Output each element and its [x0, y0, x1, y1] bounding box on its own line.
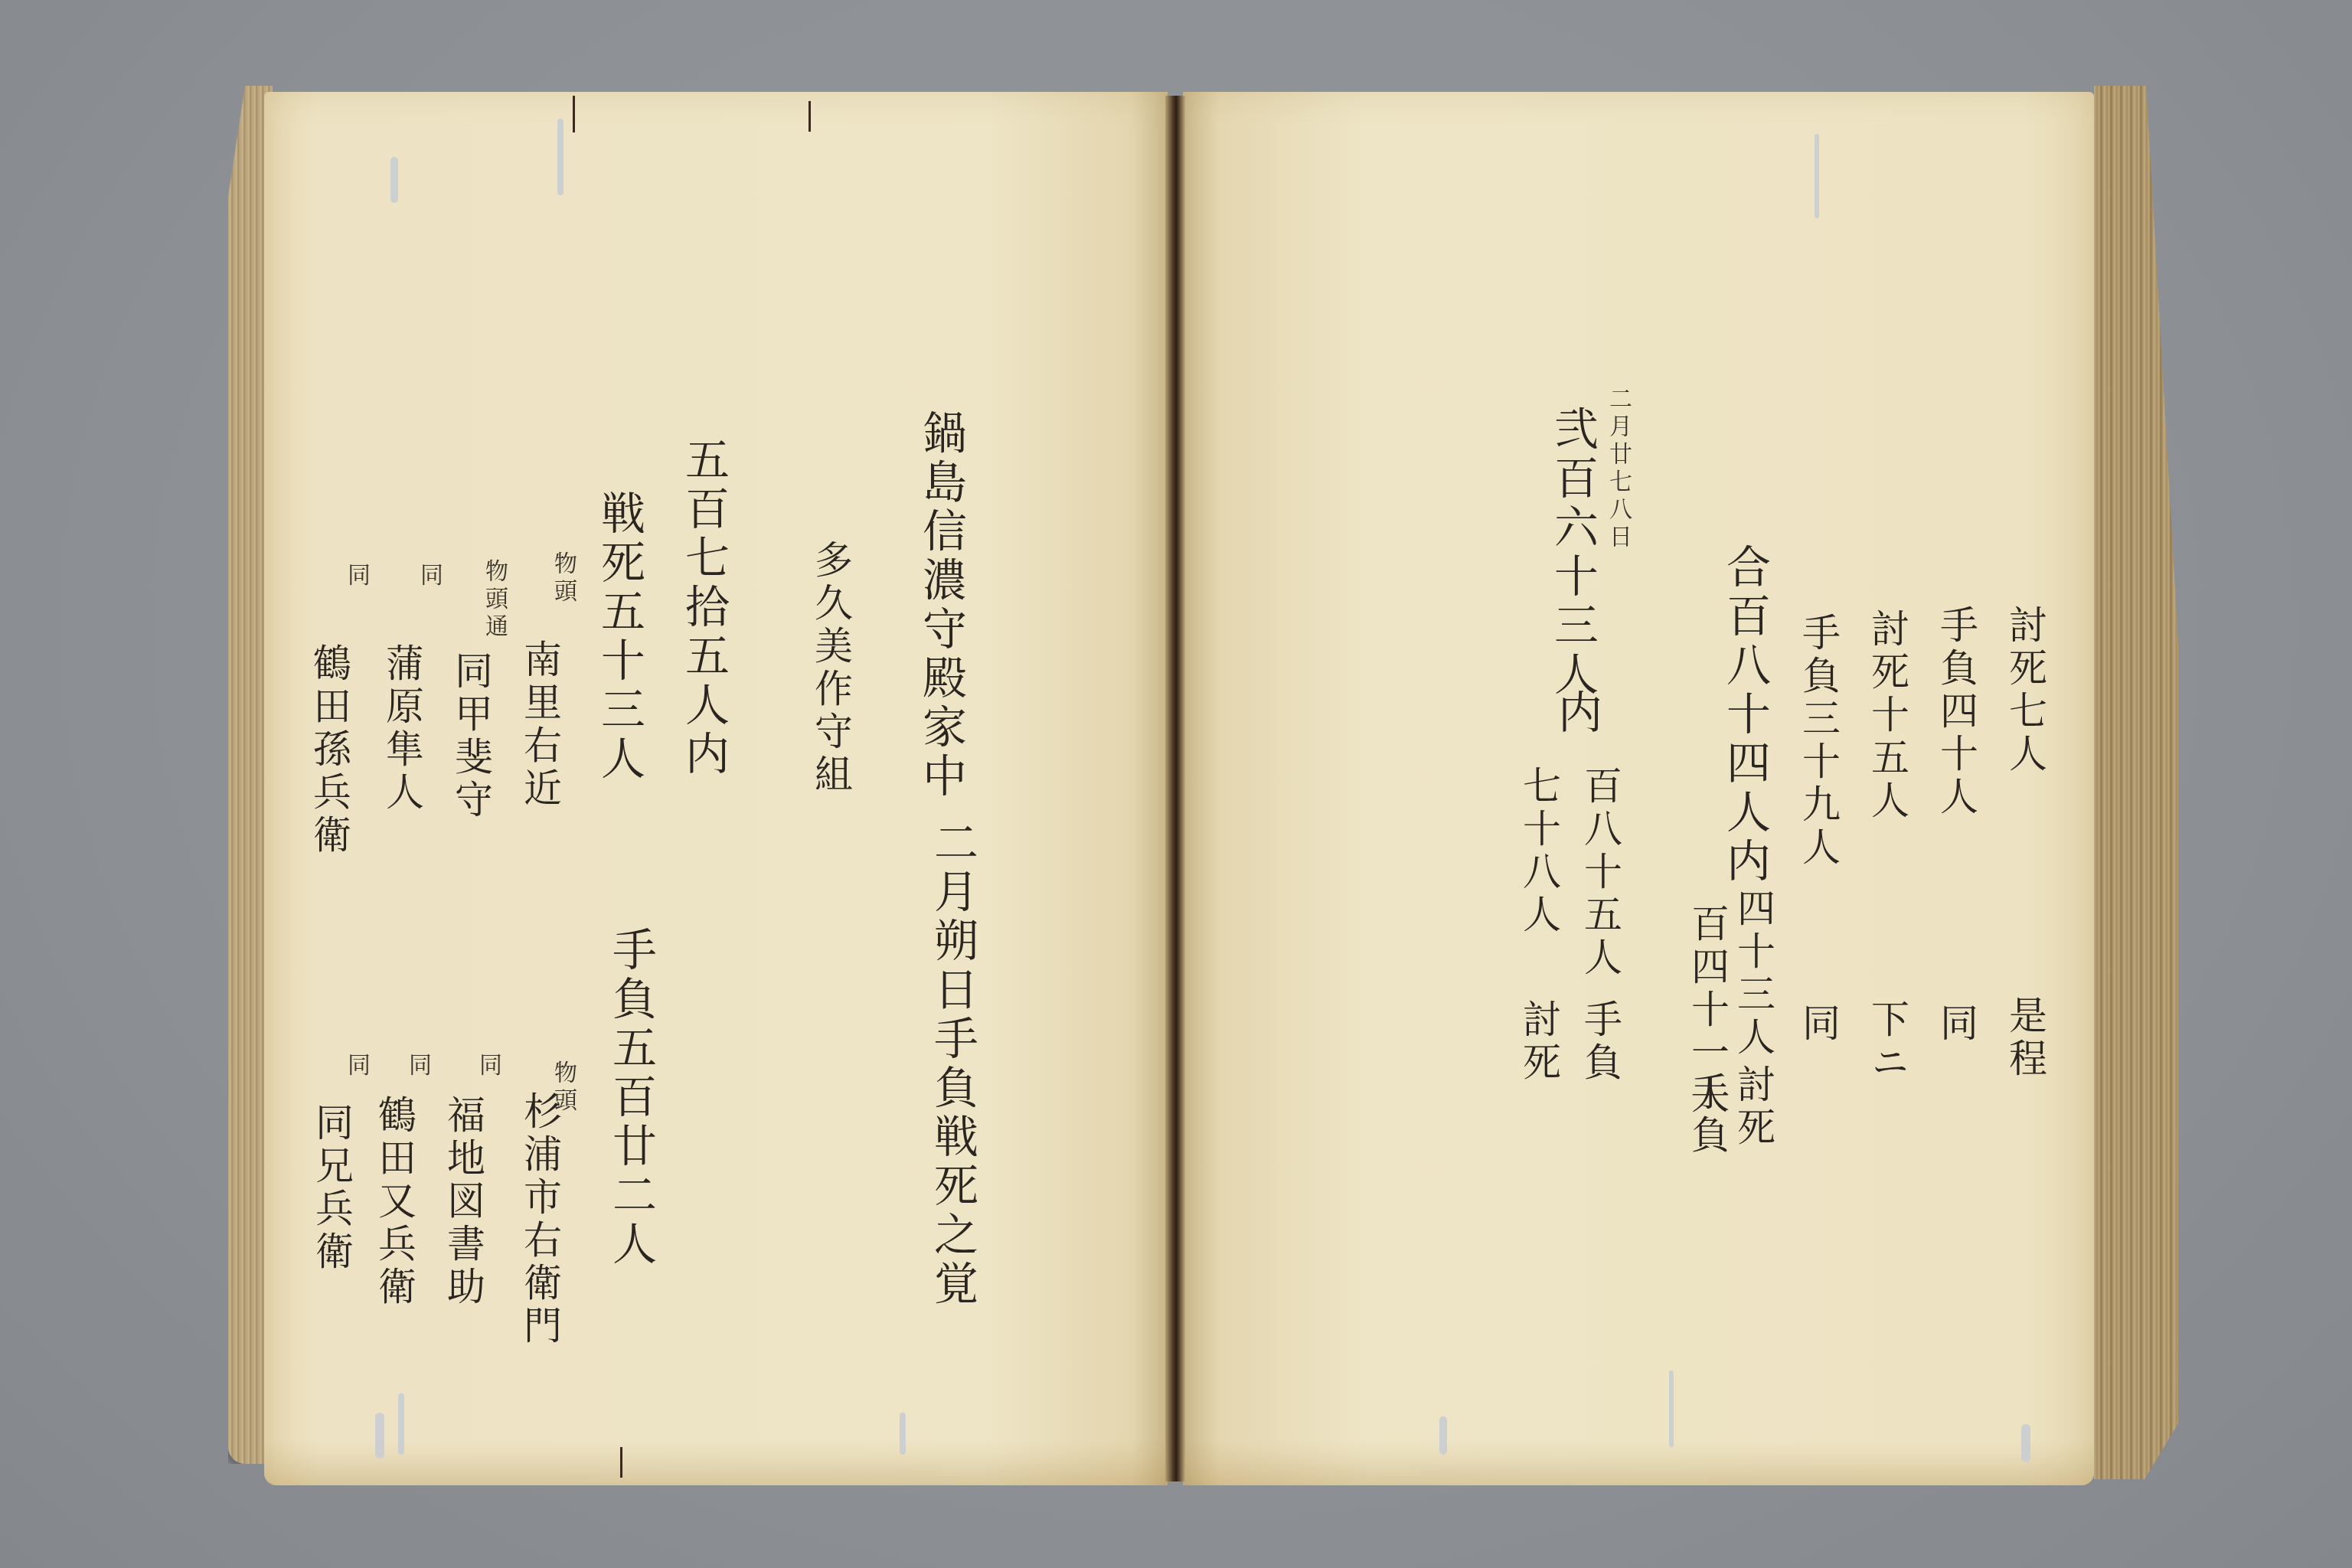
tally-note: 手負 [1688, 1072, 1726, 1158]
killed-column: 戦死五十三人 [597, 490, 642, 784]
name-label: 同 [406, 1053, 429, 1080]
paper-tear [900, 1413, 906, 1455]
heading-column: 鍋島信濃守殿家中 [919, 410, 963, 802]
name-label: 同 [417, 563, 440, 590]
total-column: 弐百六十三人 [1550, 406, 1595, 700]
paper-crack [573, 96, 575, 132]
tally-column: 七十八人 [1520, 766, 1558, 937]
name-entry: 鶴田孫兵衛 [310, 643, 348, 857]
name-entry: 南里右近 [521, 639, 559, 811]
total-column: 合百八十四人内 [1723, 544, 1767, 887]
tally-column: 手負四十人 [1937, 605, 1975, 819]
paper-tear [1439, 1416, 1447, 1455]
paper-tear [2021, 1424, 2030, 1462]
name-entry: 同甲斐守 [452, 651, 490, 822]
name-label: 物頭 [551, 551, 574, 606]
heading-column-cont: 二月朔日手負戦死之覚 [930, 819, 975, 1309]
folio-mark [808, 101, 811, 132]
tally-column: 四十三人 [1734, 888, 1772, 1060]
paper-tear [557, 119, 563, 195]
tally-note: 是程 [2006, 995, 2044, 1081]
tally-note: 下ニ [1868, 999, 1906, 1085]
tally-note: 同 [1937, 1003, 1975, 1046]
tally-column: 百八十五人 [1581, 766, 1619, 980]
tally-note: 討死 [1520, 999, 1558, 1085]
name-entry: 福地図書助 [444, 1095, 482, 1309]
wounded-column: 手負五百廿二人 [609, 926, 653, 1269]
paper-tear [390, 157, 398, 203]
tally-column: 討死七人 [2006, 605, 2044, 776]
open-book: 鍋島信濃守殿家中 二月朔日手負戦死之覚 多久美作守組 五百七拾五人内 戦死五十三… [0, 0, 2352, 1568]
total-column: 五百七拾五人内 [681, 436, 726, 779]
tally-column: 手負三十九人 [1799, 612, 1837, 870]
tally-note: 討死 [1734, 1064, 1772, 1150]
paper-tear [1669, 1370, 1674, 1447]
paper-tear [1815, 134, 1819, 218]
name-label: 同 [345, 1053, 367, 1080]
name-label: 同 [345, 563, 367, 590]
inner-mark: 内 [1554, 689, 1599, 738]
right-fore-edge [2094, 86, 2178, 1479]
paper-crack [620, 1447, 622, 1478]
paper-tear [375, 1413, 384, 1459]
tally-note: 手負 [1581, 999, 1619, 1085]
sub-heading-column: 多久美作守組 [812, 540, 850, 797]
tally-note: 同 [1799, 1003, 1837, 1046]
paper-tear [398, 1393, 404, 1455]
name-entry: 同兄兵衛 [312, 1102, 351, 1274]
name-label: 同 [476, 1053, 499, 1080]
tally-column: 討死十五人 [1868, 609, 1906, 823]
book-gutter [1165, 96, 1185, 1481]
name-entry: 鶴田又兵衛 [375, 1095, 413, 1309]
name-label: 物頭通 [482, 559, 505, 642]
date-note: 二月廿七八日 [1606, 387, 1629, 552]
name-entry: 蒲原隼人 [383, 643, 421, 815]
name-entry: 杉浦市右衛門 [521, 1091, 559, 1348]
